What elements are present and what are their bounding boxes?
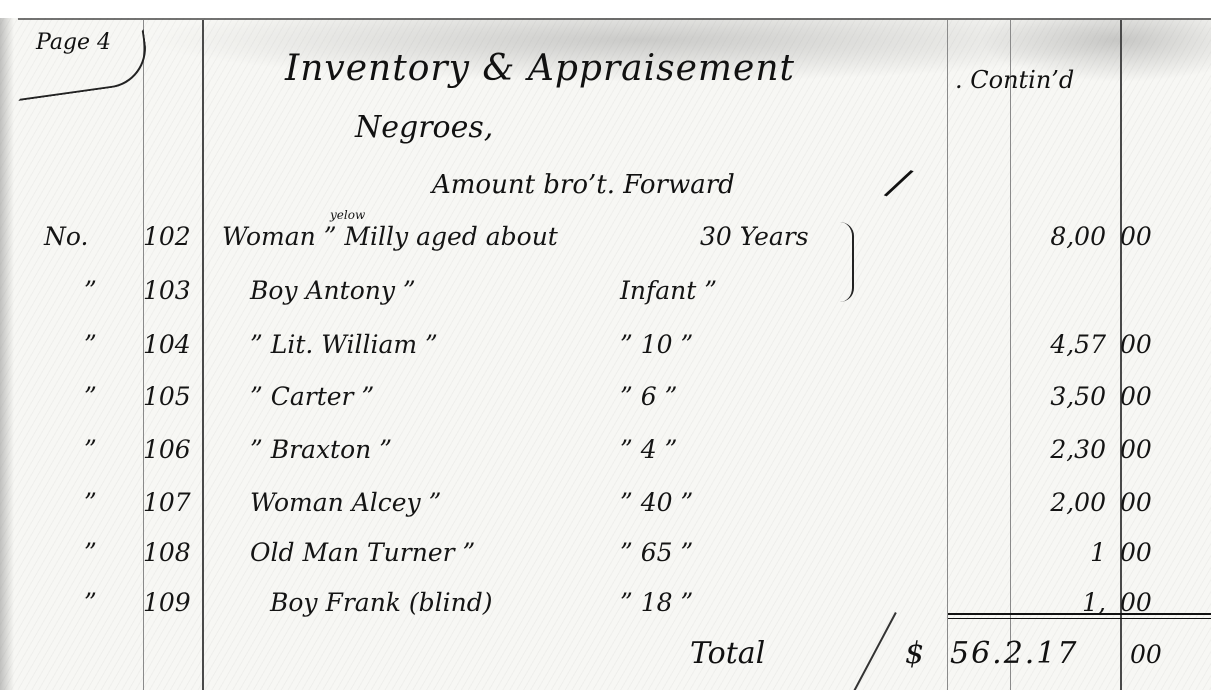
entry-dollars: 3,50 xyxy=(970,382,1106,411)
entry-prefix: No. xyxy=(44,222,88,251)
entry-note-above: yelow xyxy=(330,208,365,222)
entry-age: ” 40 ” xyxy=(620,488,693,517)
entry-cents: 00 xyxy=(1120,435,1152,464)
entry-cents: 00 xyxy=(1120,222,1152,251)
entry-number: 108 xyxy=(143,538,191,567)
entry-age: ” 18 ” xyxy=(620,588,693,617)
total-dollars: 56.2.17 xyxy=(950,636,1079,671)
ledger-page: Page 4 Inventory & Appraisement . Contin… xyxy=(0,0,1211,690)
total-double-rule xyxy=(948,618,1211,619)
entry-description: Woman ” Milly aged about xyxy=(222,222,558,251)
entry-prefix: ” xyxy=(84,488,97,517)
ledger-row: ” 108 Old Man Turner ” ” 65 ” 1 00 xyxy=(0,538,1211,580)
entry-cents: 00 xyxy=(1120,382,1152,411)
ledger-row: ” 105 ” Carter ” ” 6 ” 3,50 00 xyxy=(0,382,1211,424)
entry-prefix: ” xyxy=(84,538,97,567)
entry-age: Infant ” xyxy=(620,276,717,305)
currency-symbol: $ xyxy=(905,636,924,671)
entry-prefix: ” xyxy=(84,588,97,617)
ledger-row: No. 102 Woman ” Milly aged about yelow 3… xyxy=(0,222,1211,264)
entry-dollars: 2,30 xyxy=(970,435,1106,464)
page-subtitle: Negroes, xyxy=(355,110,493,145)
entry-dollars: 8,00 xyxy=(970,222,1106,251)
entry-description: Old Man Turner ” xyxy=(250,538,475,567)
ledger-row: ” 106 ” Braxton ” ” 4 ” 2,30 00 xyxy=(0,435,1211,477)
ledger-row: ” 104 ” Lit. William ” ” 10 ” 4,57 00 xyxy=(0,330,1211,372)
entry-dollars: 2,00 xyxy=(970,488,1106,517)
brought-forward-label: Amount bro’t. Forward xyxy=(432,170,735,200)
entry-cents: 00 xyxy=(1120,538,1152,567)
entry-cents: 00 xyxy=(1120,330,1152,359)
top-rule-line xyxy=(18,18,1211,20)
page-label: Page 4 xyxy=(36,30,111,55)
entry-number: 107 xyxy=(143,488,191,517)
ledger-row: ” 103 Boy Antony ” Infant ” xyxy=(0,276,1211,318)
entry-age: ” 10 ” xyxy=(620,330,693,359)
entry-dollars: 1 xyxy=(970,538,1106,567)
entry-age: ” 65 ” xyxy=(620,538,693,567)
entry-age: 30 Years xyxy=(700,222,809,251)
entry-number: 109 xyxy=(143,588,191,617)
entry-prefix: ” xyxy=(84,435,97,464)
entry-description: Boy Frank (blind) xyxy=(270,588,493,617)
entry-cents: 00 xyxy=(1120,488,1152,517)
entry-description: Woman Alcey ” xyxy=(250,488,441,517)
ledger-row: ” 109 Boy Frank (blind) ” 18 ” 1, 00 xyxy=(0,588,1211,630)
entry-description: ” Braxton ” xyxy=(250,435,392,464)
paper-top-margin xyxy=(0,0,1211,18)
entry-description: ” Lit. William ” xyxy=(250,330,438,359)
entry-description: Boy Antony ” xyxy=(250,276,416,305)
entry-number: 106 xyxy=(143,435,191,464)
total-label: Total xyxy=(690,636,765,671)
entry-age: ” 6 ” xyxy=(620,382,677,411)
entry-age: ” 4 ” xyxy=(620,435,677,464)
page-title: Inventory & Appraisement xyxy=(285,48,795,89)
entry-number: 103 xyxy=(143,276,191,305)
title-continued: . Contin’d xyxy=(955,66,1074,94)
entry-number: 102 xyxy=(143,222,191,251)
total-double-rule xyxy=(948,613,1211,615)
entry-prefix: ” xyxy=(84,382,97,411)
entry-prefix: ” xyxy=(84,276,97,305)
ledger-row: ” 107 Woman Alcey ” ” 40 ” 2,00 00 xyxy=(0,488,1211,530)
entry-dollars: 4,57 xyxy=(970,330,1106,359)
total-cents: 00 xyxy=(1130,640,1162,669)
entry-number: 104 xyxy=(143,330,191,359)
check-mark-icon: / xyxy=(885,159,913,207)
entry-prefix: ” xyxy=(84,330,97,359)
entry-number: 105 xyxy=(143,382,191,411)
entry-description: ” Carter ” xyxy=(250,382,374,411)
